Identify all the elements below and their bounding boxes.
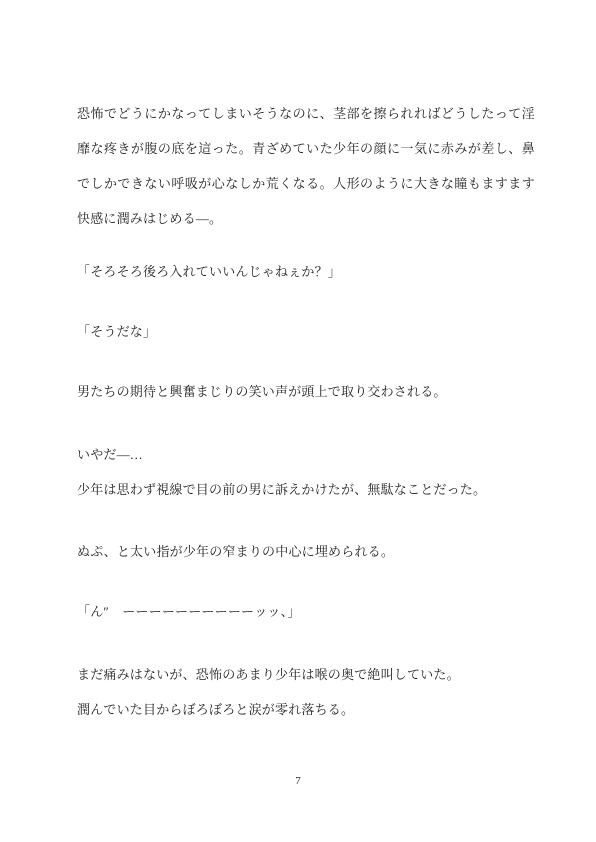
dialogue-line: 「そろそろ後ろ入れていいんじゃねぇか？」 <box>77 254 535 289</box>
body-text: 恐怖でどうにかなってしまいそうなのに、茎部を擦られればどうしたって淫靡な疼きが腹… <box>77 96 535 727</box>
narration-paragraph: 男たちの期待と興奮まじりの笑い声が頭上で取り交わされる。 <box>77 374 535 409</box>
page-number: 7 <box>295 775 301 787</box>
narration-paragraph: 少年は思わず視線で目の前の男に訴えかけたが、無駄なことだった。 <box>77 472 535 507</box>
narration-paragraph: まだ痛みはないが、恐怖のあまり少年は喉の奥で絶叫していた。 <box>77 657 535 692</box>
dialogue-line: 「ん″ ーーーーーーーーーーッッ、」 <box>77 594 535 629</box>
page-footer: 7 <box>0 772 596 790</box>
narration-paragraph: 恐怖でどうにかなってしまいそうなのに、茎部を擦られればどうしたって淫靡な疼きが腹… <box>77 96 535 236</box>
document-page: 恐怖でどうにかなってしまいそうなのに、茎部を擦られればどうしたって淫靡な疼きが腹… <box>0 0 596 842</box>
dialogue-line: 「そうだな」 <box>77 314 535 349</box>
inner-monologue-line: いやだ―… <box>77 437 535 472</box>
narration-paragraph: 潤んでいた目からぼろぼろと涙が零れ落ちる。 <box>77 692 535 727</box>
narration-paragraph: ぬぷ、と太い指が少年の窄まりの中心に埋められる。 <box>77 534 535 569</box>
